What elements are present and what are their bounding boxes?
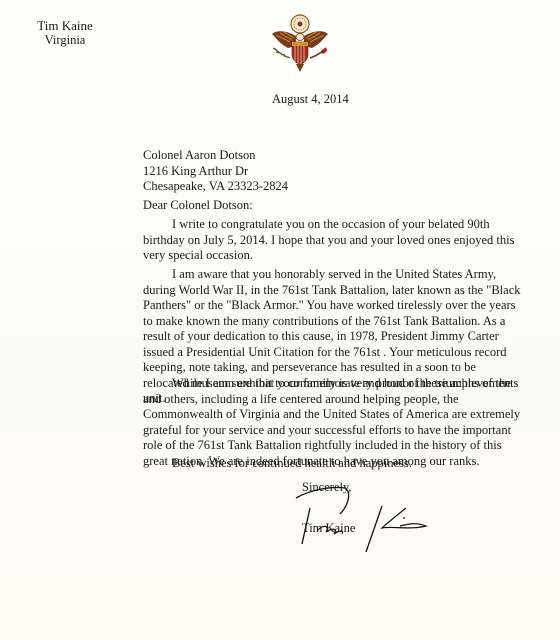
letter-date: August 4, 2014 — [272, 92, 349, 107]
paragraph-1: I write to congratulate you on the occas… — [143, 217, 523, 264]
recipient-city: Chesapeake, VA 23323-2824 — [143, 179, 288, 195]
paragraph-3-text: While I am sure that your family is very… — [143, 376, 520, 468]
letterhead-state: Virginia — [30, 33, 100, 47]
valediction: Sincerely, — [302, 480, 352, 495]
letterhead: Tim Kaine Virginia — [30, 19, 100, 47]
closing-wish: Best wishes for continued health and hap… — [172, 456, 412, 471]
recipient-address: Colonel Aaron Dotson 1216 King Arthur Dr… — [143, 148, 288, 195]
letter-page: Tim Kaine Virginia August 4, 2014 Colone… — [0, 0, 560, 640]
great-seal-icon — [266, 12, 334, 74]
paragraph-1-text: I write to congratulate you on the occas… — [143, 217, 514, 262]
letterhead-name: Tim Kaine — [30, 19, 100, 33]
recipient-street: 1216 King Arthur Dr — [143, 164, 288, 180]
recipient-name: Colonel Aaron Dotson — [143, 148, 288, 164]
salutation: Dear Colonel Dotson: — [143, 198, 253, 213]
signer-name: Tim Kaine — [302, 521, 355, 536]
